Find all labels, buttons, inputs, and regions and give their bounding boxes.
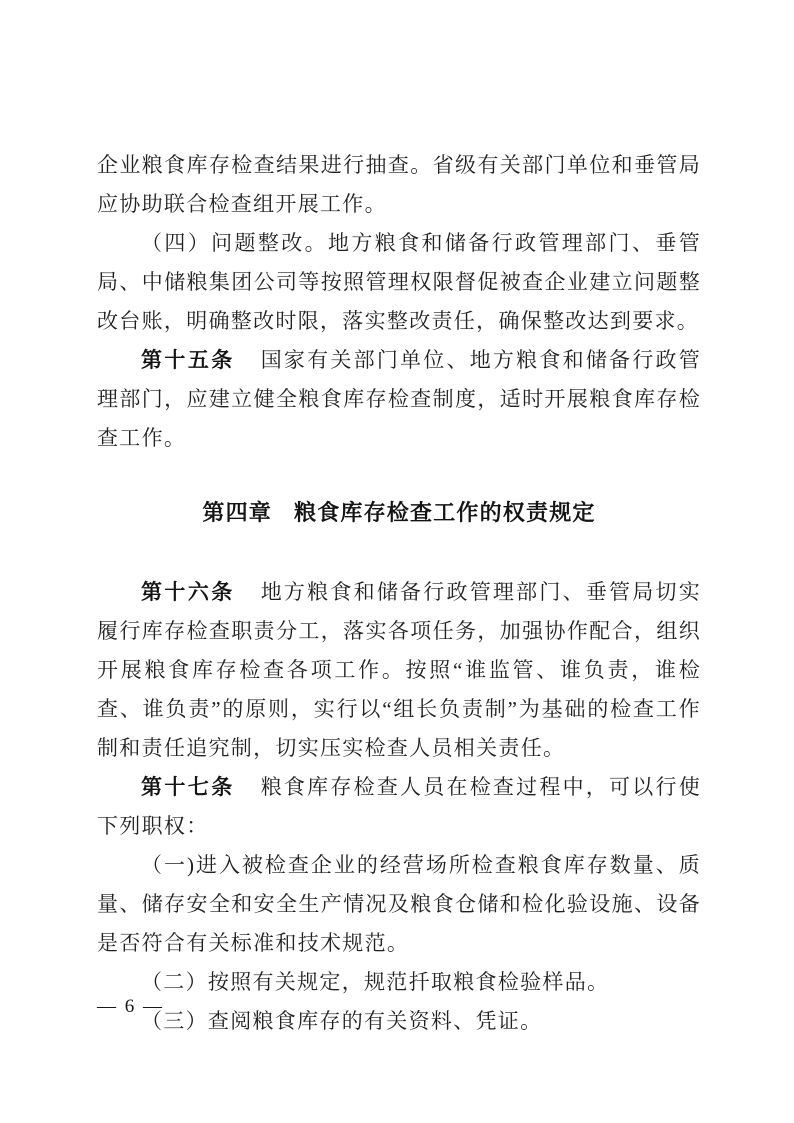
paragraph-article-17: 第十七条粮食库存检查人员在检查过程中，可以行使下列职权：	[97, 768, 701, 846]
paragraph-article-15: 第十五条国家有关部门单位、地方粮食和储备行政管理部门，应建立健全粮食库存检查制度…	[97, 341, 701, 458]
document-body: 企业粮食库存检查结果进行抽查。省级有关部门单位和垂管局应协助联合检查组开展工作。…	[97, 146, 701, 1041]
paragraph-item-four: （四）问题整改。地方粮食和储备行政管理部门、垂管局、中储粮集团公司等按照管理权限…	[97, 224, 701, 341]
article-16-text: 地方粮食和储备行政管理部门、垂管局切实履行库存检查职责分工，落实各项任务，加强协…	[97, 580, 701, 760]
paragraph-article-16: 第十六条地方粮食和储备行政管理部门、垂管局切实履行库存检查职责分工，落实各项任务…	[97, 573, 701, 768]
chapter-heading: 第四章粮食库存检查工作的权责规定	[97, 493, 701, 532]
paragraph-item-two: （二）按照有关规定，规范扦取粮食检验样品。	[97, 963, 701, 1002]
document-page: 企业粮食库存检查结果进行抽查。省级有关部门单位和垂管局应协助联合检查组开展工作。…	[0, 0, 794, 1123]
paragraph-continuation: 企业粮食库存检查结果进行抽查。省级有关部门单位和垂管局应协助联合检查组开展工作。	[97, 146, 701, 224]
page-number: — 6 —	[97, 993, 164, 1021]
article-17-number: 第十七条	[141, 776, 235, 799]
paragraph-item-three: （三）查阅粮食库存的有关资料、凭证。	[97, 1002, 701, 1041]
chapter-title: 粮食库存检查工作的权责规定	[294, 500, 596, 525]
chapter-number: 第四章	[202, 500, 272, 525]
article-15-number: 第十五条	[141, 349, 235, 372]
paragraph-item-one: （一)进入被检查企业的经营场所检查粮食库存数量、质量、储存安全和安全生产情况及粮…	[97, 846, 701, 963]
article-16-number: 第十六条	[141, 581, 235, 604]
